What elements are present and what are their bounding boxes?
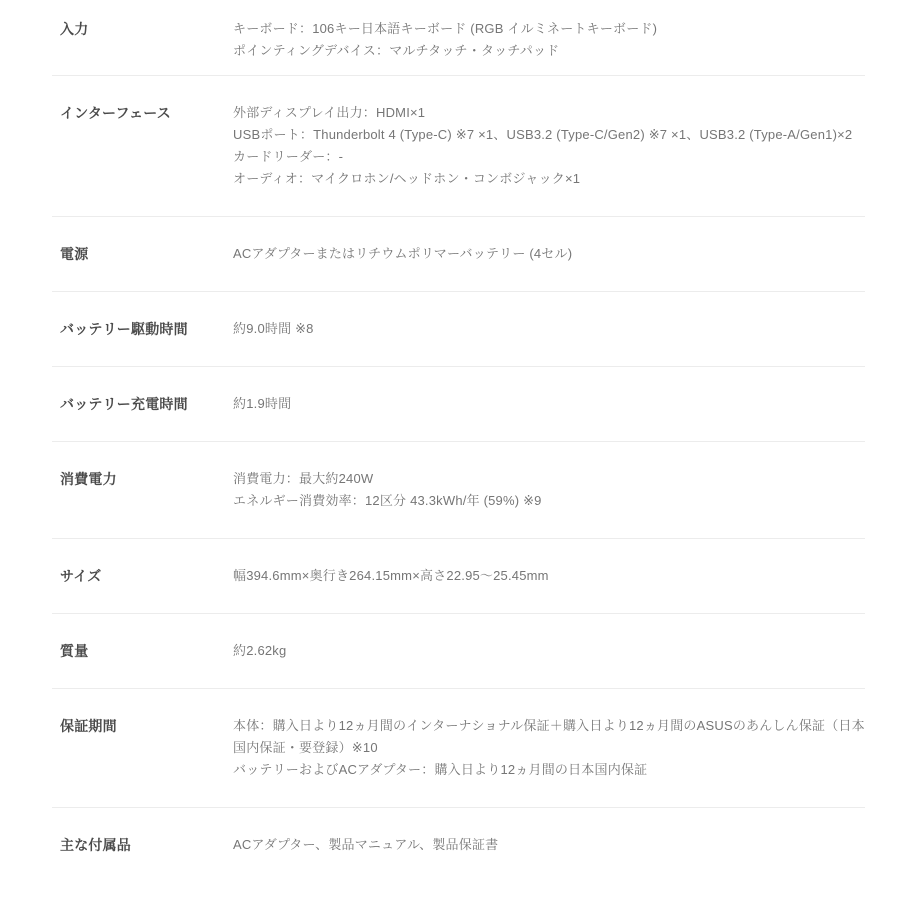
spec-value: 幅394.6mm×奥行き264.15mm×高さ22.95～25.45mm (233, 565, 865, 587)
spec-row-weight: 質量 約2.62kg (52, 614, 865, 689)
spec-value: キーボード：106キー日本語キーボード (RGB イルミネートキーボード) ポイ… (233, 18, 865, 62)
spec-value-line: 約1.9時間 (233, 393, 865, 415)
spec-value: ACアダプター、製品マニュアル、製品保証書 (233, 834, 865, 856)
spec-value-line: ACアダプターまたはリチウムポリマーバッテリー (4セル) (233, 243, 865, 265)
spec-label: 電源 (52, 243, 233, 265)
spec-label: インターフェース (52, 102, 233, 124)
spec-row-interface: インターフェース 外部ディスプレイ出力：HDMI×1 USBポート：Thunde… (52, 76, 865, 217)
spec-row-input: 入力 キーボード：106キー日本語キーボード (RGB イルミネートキーボード)… (52, 0, 865, 76)
spec-row-power-consumption: 消費電力 消費電力：最大約240W エネルギー消費効率：12区分 43.3kWh… (52, 442, 865, 539)
spec-value-line: エネルギー消費効率：12区分 43.3kWh/年 (59%) ※9 (233, 490, 865, 512)
spec-value: 外部ディスプレイ出力：HDMI×1 USBポート：Thunderbolt 4 (… (233, 102, 865, 190)
product-spec-table: 入力 キーボード：106キー日本語キーボード (RGB イルミネートキーボード)… (52, 0, 865, 882)
spec-row-battery-life: バッテリー駆動時間 約9.0時間 ※8 (52, 292, 865, 367)
spec-value-line: キーボード：106キー日本語キーボード (RGB イルミネートキーボード) (233, 18, 865, 40)
spec-label: 保証期間 (52, 715, 233, 737)
spec-label: 消費電力 (52, 468, 233, 490)
spec-label: 入力 (52, 18, 233, 40)
spec-label: バッテリー駆動時間 (52, 318, 233, 340)
spec-value: 本体：購入日より12ヵ月間のインターナショナル保証＋購入日より12ヵ月間のASU… (233, 715, 865, 781)
spec-value: 約2.62kg (233, 640, 865, 662)
spec-row-power: 電源 ACアダプターまたはリチウムポリマーバッテリー (4セル) (52, 217, 865, 292)
spec-value-line: 外部ディスプレイ出力：HDMI×1 (233, 102, 865, 124)
spec-value: 約1.9時間 (233, 393, 865, 415)
spec-label: サイズ (52, 565, 233, 587)
spec-value-line: バッテリーおよびACアダプター：購入日より12ヵ月間の日本国内保証 (233, 759, 865, 781)
spec-value-line: USBポート：Thunderbolt 4 (Type-C) ※7 ×1、USB3… (233, 124, 865, 146)
spec-value: ACアダプターまたはリチウムポリマーバッテリー (4セル) (233, 243, 865, 265)
spec-value-line: 幅394.6mm×奥行き264.15mm×高さ22.95～25.45mm (233, 565, 865, 587)
spec-value-line: 本体：購入日より12ヵ月間のインターナショナル保証＋購入日より12ヵ月間のASU… (233, 715, 865, 759)
spec-value-line: カードリーダー：- (233, 146, 865, 168)
spec-value-line: オーディオ：マイクロホン/ヘッドホン・コンボジャック×1 (233, 168, 865, 190)
spec-value-line: 約9.0時間 ※8 (233, 318, 865, 340)
spec-label: 質量 (52, 640, 233, 662)
spec-row-accessories: 主な付属品 ACアダプター、製品マニュアル、製品保証書 (52, 808, 865, 882)
spec-value-line: ACアダプター、製品マニュアル、製品保証書 (233, 834, 865, 856)
spec-value: 消費電力：最大約240W エネルギー消費効率：12区分 43.3kWh/年 (5… (233, 468, 865, 512)
spec-value-line: ポインティングデバイス：マルチタッチ・タッチパッド (233, 40, 865, 62)
spec-row-warranty: 保証期間 本体：購入日より12ヵ月間のインターナショナル保証＋購入日より12ヵ月… (52, 689, 865, 808)
spec-label: バッテリー充電時間 (52, 393, 233, 415)
spec-value-line: 約2.62kg (233, 640, 865, 662)
spec-label: 主な付属品 (52, 834, 233, 856)
spec-row-battery-charge-time: バッテリー充電時間 約1.9時間 (52, 367, 865, 442)
spec-row-size: サイズ 幅394.6mm×奥行き264.15mm×高さ22.95～25.45mm (52, 539, 865, 614)
spec-value: 約9.0時間 ※8 (233, 318, 865, 340)
spec-value-line: 消費電力：最大約240W (233, 468, 865, 490)
